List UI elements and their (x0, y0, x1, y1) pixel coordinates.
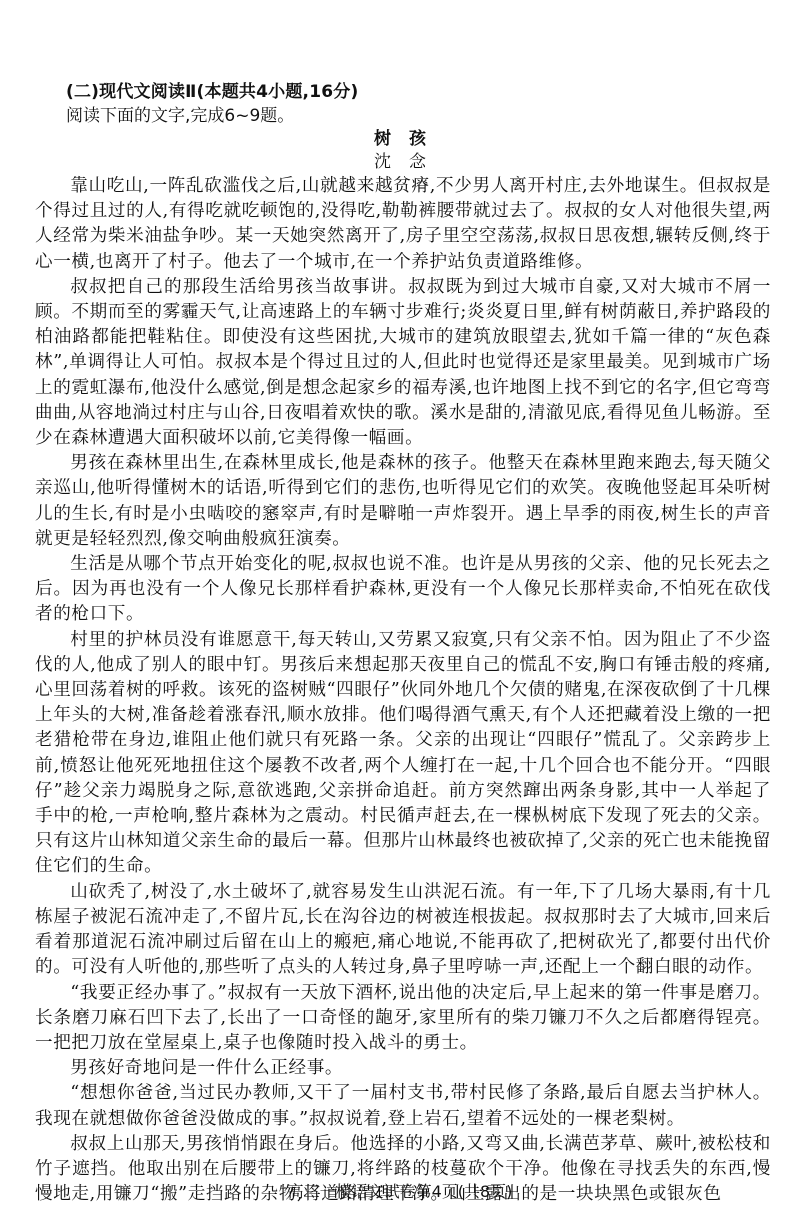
section-header: (二)现代文阅读Ⅱ(本题共4小题,16分) (66, 80, 358, 104)
paragraph: 山砍秃了,树没了,水土破坏了,就容易发生山洪泥石流。有一年,下了几场大暴雨,有十… (35, 880, 771, 981)
article-title: 树孩 (0, 128, 800, 150)
paragraph: 男孩好奇地问是一件什么正经事。 (35, 1056, 771, 1081)
page-footer: 高三一模语文试卷第4页(共8页) (0, 1181, 800, 1203)
paragraph: 生活是从哪个节点开始变化的呢,叔叔也说不准。也许是从男孩的父亲、他的兄长死去之后… (35, 552, 771, 628)
reading-instruction: 阅读下面的文字,完成6~9题。 (66, 104, 294, 128)
paragraph: “我要正经办事了。”叔叔有一天放下酒杯,说出他的决定后,早上起来的第一件事是磨刀… (35, 981, 771, 1057)
exam-page: (二)现代文阅读Ⅱ(本题共4小题,16分) 阅读下面的文字,完成6~9题。 树孩… (0, 0, 800, 1231)
paragraph: 男孩在森林里出生,在森林里成长,他是森林的孩子。他整天在森林里跑来跑去,每天随父… (35, 451, 771, 552)
article-body: 靠山吃山,一阵乱砍滥伐之后,山就越来越贫瘠,不少男人离开村庄,去外地谋生。但叔叔… (35, 174, 771, 1207)
paragraph: “想想你爸爸,当过民办教师,又干了一届村支书,带村民修了条路,最后自愿去当护林人… (35, 1081, 771, 1131)
paragraph: 村里的护林员没有谁愿意干,每天转山,又劳累又寂寞,只有父亲不怕。因为阻止了不少盗… (35, 628, 771, 880)
paragraph: 叔叔把自己的那段生活给男孩当故事讲。叔叔既为到过大城市自豪,又对大城市不屑一顾。… (35, 275, 771, 451)
article-author: 沈念 (0, 151, 800, 173)
paragraph: 靠山吃山,一阵乱砍滥伐之后,山就越来越贫瘠,不少男人离开村庄,去外地谋生。但叔叔… (35, 174, 771, 275)
